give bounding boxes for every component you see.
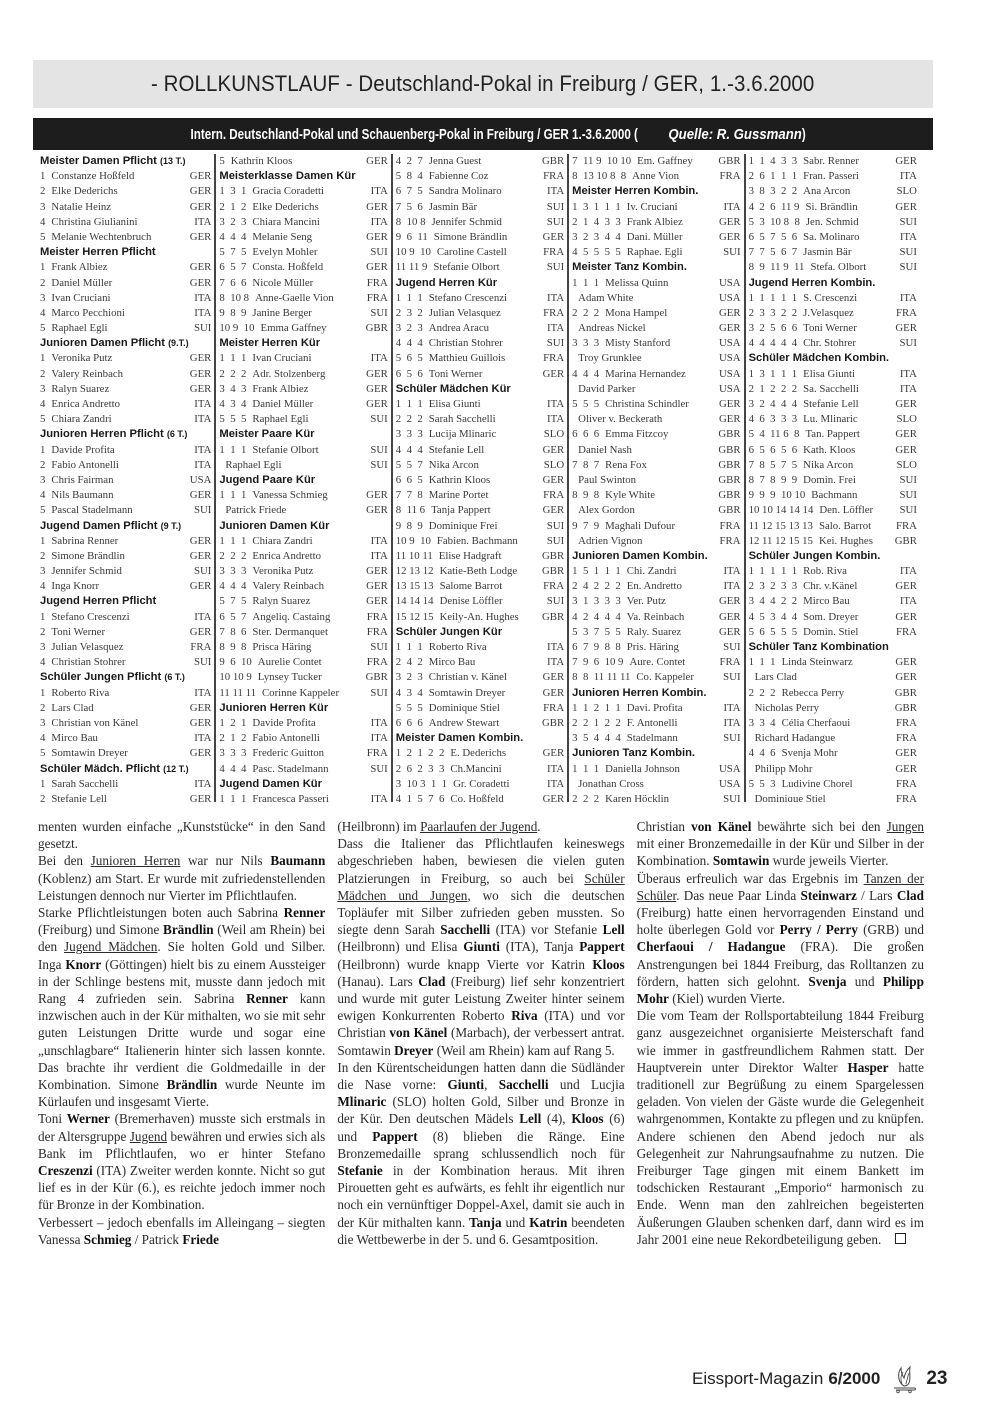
athlete-name: Ludivine Chorel — [776, 777, 891, 792]
result-row: 2 1 2Elke DederichsGER — [219, 200, 387, 215]
country-code: FRA — [538, 579, 564, 594]
country-code: USA — [715, 367, 741, 382]
category-heading: Jugend Herren Kombin. — [749, 276, 917, 291]
result-row: Daniel NashGBR — [572, 443, 740, 458]
athlete-name: Christian Stohrer — [45, 655, 185, 670]
country-code: SUI — [538, 534, 564, 549]
athlete-name: Janine Berger — [246, 306, 361, 321]
country-code: GER — [891, 655, 917, 670]
result-row: 4 2 7Jenna GuestGBR — [396, 154, 564, 169]
athlete-name: Stefanie Lell — [423, 443, 538, 458]
result-row: 7 8 7Rena FoxGBR — [572, 458, 740, 473]
category-title: Schüler Tanz Kombination — [749, 641, 889, 653]
result-row: 5 4 11 6 8Tan. PappertGER — [749, 427, 917, 442]
placement: 1 2 1 2 2 — [396, 746, 445, 761]
country-code: GER — [715, 397, 741, 412]
placement: 8 10 8 — [219, 291, 249, 306]
result-row: 7 8 5 7 5Nika ArconSLO — [749, 458, 917, 473]
country-code: FRA — [538, 351, 564, 366]
placement: 11 11 11 — [219, 686, 256, 701]
athlete-name: Stefanie Olbort — [427, 260, 538, 275]
country-code: GER — [715, 625, 741, 640]
athlete-name: Maghali Dufour — [599, 519, 714, 534]
athlete-name: Raphael Egli — [219, 458, 361, 473]
page-title: - ROLLKUNSTLAUF - Deutschland-Pokal in F… — [151, 71, 814, 97]
country-code: GER — [715, 594, 741, 609]
athlete-name: Mirco Bau — [45, 731, 185, 746]
placement: 4 4 6 — [749, 746, 776, 761]
article-paragraph: Starke Pflichtleistungen boten auch Sabr… — [38, 904, 325, 1110]
result-row: 1 1 1Daniella JohnsonUSA — [572, 762, 740, 777]
placement: 8 9 8 — [219, 640, 246, 655]
country-code: SUI — [538, 594, 564, 609]
athlete-name: Jasmin Bär — [423, 200, 538, 215]
placement: 7 8 7 — [572, 458, 599, 473]
category-reference: Jungen — [887, 819, 924, 834]
athlete-name: Lynsey Tucker — [252, 670, 362, 685]
category-heading: Junioren Damen Kombin. — [572, 549, 740, 564]
end-of-article-icon — [895, 1233, 906, 1244]
athlete-name: Som. Dreyer — [797, 610, 891, 625]
country-code: FRA — [891, 792, 917, 802]
placement: 2 1 2 — [219, 731, 246, 746]
country-code: FRA — [362, 746, 388, 761]
athlete-name: Nils Baumann — [45, 488, 185, 503]
athlete-name: Veronika Putz — [246, 564, 361, 579]
country-code: GER — [891, 746, 917, 761]
country-code: FRA — [891, 777, 917, 792]
result-row: 5Raphael EgliSUI — [40, 321, 211, 336]
result-row: 5 6 5 5 5Domin. StielFRA — [749, 625, 917, 640]
athlete-name: Valery Reinbach — [246, 579, 361, 594]
text-run: wurde jeweils Vierter. — [769, 853, 888, 868]
athlete-name: Jennifer Schmid — [425, 215, 538, 230]
athlete-name: Chiara Zandri — [45, 412, 185, 427]
athlete-name: Inga Knorr — [45, 579, 185, 594]
country-code: GER — [185, 200, 211, 215]
result-row: 4 4 4Melanie SengGER — [219, 230, 387, 245]
category-reference: Jugend Mädchen — [64, 939, 157, 954]
placement: 4 4 4 — [572, 367, 599, 382]
country-code: ITA — [185, 777, 211, 792]
athlete-name: Fabio Antonelli — [45, 458, 185, 473]
country-code: GER — [185, 184, 211, 199]
athlete-name: Mona Hampel — [599, 306, 714, 321]
athlete-name: Philipp Mohr — [749, 762, 891, 777]
text-run: (Koblenz) am Start. Er wurde mit zufried… — [38, 871, 325, 903]
placement: 6 6 6 — [396, 716, 423, 731]
category-title: Jugend Damen Kür — [219, 778, 322, 790]
placement: 5 8 4 — [396, 169, 423, 184]
athlete-name: Davide Profita — [246, 716, 361, 731]
category-title: Meister Tanz Kombin. — [572, 261, 687, 273]
country-code: GER — [891, 610, 917, 625]
country-code: SUI — [891, 488, 917, 503]
result-row: 4 2 4 4 4Va. ReinbachGER — [572, 610, 740, 625]
result-row: 3 5 4 4 4StadelmannSUI — [572, 731, 740, 746]
result-row: 14 14 14Denise LöfflerSUI — [396, 594, 564, 609]
country-code: GER — [538, 746, 564, 761]
country-code: USA — [715, 382, 741, 397]
result-row: 3Christian von KänelGER — [40, 716, 211, 731]
athlete-name: Chiara Zandri — [246, 534, 361, 549]
result-row: 5 5 5Raphael EgliSUI — [219, 412, 387, 427]
country-code: GER — [538, 230, 564, 245]
country-code: ITA — [538, 640, 564, 655]
placement: 6 6 6 — [572, 427, 599, 442]
athlete-name: Daniella Johnson — [599, 762, 714, 777]
result-row: 4Enrica AndrettoITA — [40, 397, 211, 412]
athlete-name: Vanessa Schmieg — [246, 488, 361, 503]
name-highlight: Giunti — [447, 1077, 484, 1092]
athlete-name: Dominique Stiel — [423, 701, 538, 716]
category-heading: Junioren Herren Kombin. — [572, 686, 740, 701]
athlete-name: Rob. Riva — [797, 564, 891, 579]
placement: 5 5 7 — [396, 458, 423, 473]
result-row: Philipp MohrGER — [749, 762, 917, 777]
athlete-name: Nicholas Perry — [749, 701, 891, 716]
text-run: menten wurden einfache „Kunststücke“ in … — [38, 819, 325, 851]
result-row: 10 9 10Emma GaffneyGBR — [219, 321, 387, 336]
category-heading: Meister Damen Kombin. — [396, 731, 564, 746]
country-code: SUI — [185, 655, 211, 670]
country-code: SLO — [538, 458, 564, 473]
name-highlight: Sacchelli — [499, 1077, 549, 1092]
result-row: 5 5 5Dominique StielFRA — [396, 701, 564, 716]
placement: 1 3 1 — [219, 184, 246, 199]
placement: 6 5 7 — [219, 610, 246, 625]
athlete-name: Jenna Guest — [423, 154, 538, 169]
athlete-name: Iv. Cruciani — [621, 200, 715, 215]
category-heading: Meister Paare Kür — [219, 427, 387, 442]
placement: 3 2 3 4 4 — [572, 230, 621, 245]
athlete-name: Ivan Cruciani — [45, 291, 185, 306]
athlete-name: Keily-An. Hughes — [434, 610, 539, 625]
placement: 11 12 15 13 13 — [749, 519, 813, 534]
athlete-name: Adr. Stolzenberg — [246, 367, 361, 382]
result-row: 8 9 8Prisca HäringSUI — [219, 640, 387, 655]
placement: 1 1 1 — [572, 762, 599, 777]
athlete-name: Aurelie Contet — [252, 655, 362, 670]
athlete-name: Christina Schindler — [599, 397, 714, 412]
country-code: ITA — [538, 397, 564, 412]
category-heading: Jugend Herren Pflicht — [40, 594, 211, 609]
athlete-name: Denise Löffler — [434, 594, 539, 609]
placement: 2 1 2 — [219, 200, 246, 215]
result-row: 4 5 3 4 4Som. DreyerGER — [749, 610, 917, 625]
country-code: GER — [538, 670, 564, 685]
result-row: 7 6 6Nicole MüllerFRA — [219, 276, 387, 291]
result-row: 1 1 1Vanessa SchmiegGER — [219, 488, 387, 503]
country-code: GER — [891, 200, 917, 215]
country-code: GBR — [715, 458, 741, 473]
result-row: 1 2 1Davide ProfitaITA — [219, 716, 387, 731]
result-row: 6 6 6Andrew StewartGBR — [396, 716, 564, 731]
text-run: (Heilbronn) im — [337, 819, 420, 834]
result-row: 3 3 3Veronika PutzGER — [219, 564, 387, 579]
magazine-name: Eissport-Magazin — [692, 1369, 823, 1389]
athlete-name: Andrea Aracu — [423, 321, 538, 336]
result-row: 9 6 10Aurelie ContetFRA — [219, 655, 387, 670]
athlete-name: Enrica Andretto — [246, 549, 361, 564]
country-code: ITA — [538, 777, 564, 792]
athlete-name: Natalie Heinz — [45, 200, 185, 215]
country-code: ITA — [891, 230, 917, 245]
participant-count: (9.T.) — [168, 338, 189, 348]
category-heading: Schüler Tanz Kombination — [749, 640, 917, 655]
country-code: FRA — [538, 169, 564, 184]
placement: 2 3 2 — [396, 306, 423, 321]
country-code: GER — [891, 427, 917, 442]
category-heading: Schüler Jungen Kür — [396, 625, 564, 640]
results-column: Meister Damen Pflicht (13 T.)1Constanze … — [38, 154, 214, 802]
participant-count: (6 T.) — [167, 429, 188, 439]
athlete-name: Frank Albiez — [621, 215, 715, 230]
country-code: SUI — [891, 336, 917, 351]
country-code: SUI — [715, 670, 741, 685]
result-row: 1 1 1 1 1Rob. RivaITA — [749, 564, 917, 579]
athlete-name: Elise Hadgraft — [433, 549, 538, 564]
country-code: SUI — [185, 321, 211, 336]
athlete-name: Veronika Putz — [45, 351, 185, 366]
result-row: 1 3 1Gracia CoradettiITA — [219, 184, 387, 199]
result-row: 2 1 2 2 2Sa. SacchelliITA — [749, 382, 917, 397]
result-row: 1 3 1 1 1Elisa GiuntiITA — [749, 367, 917, 382]
athlete-name: Em. Gaffney — [631, 154, 714, 169]
result-row: 5 7 5Ralyn SuarezGER — [219, 594, 387, 609]
text-run: hatte traditionell zur Begrüßung zu eine… — [637, 1060, 924, 1247]
athlete-name: Ch.Mancini — [444, 762, 538, 777]
result-row: 2Lars CladGER — [40, 701, 211, 716]
result-row: 6 5 7Angeliq. CastaingFRA — [219, 610, 387, 625]
country-code: GER — [891, 762, 917, 777]
country-code: ITA — [715, 579, 741, 594]
placement: 1 1 1 1 1 — [749, 564, 798, 579]
athlete-name: Fran. Passeri — [797, 169, 891, 184]
placement: 1 2 1 — [219, 716, 246, 731]
article-column: (Heilbronn) im Paarlaufen der Jugend.Das… — [337, 818, 624, 1363]
country-code: SUI — [185, 564, 211, 579]
placement: 7 7 5 6 7 — [749, 245, 798, 260]
country-code: ITA — [185, 610, 211, 625]
result-row: 1 5 1 1 1Chi. ZandriITA — [572, 564, 740, 579]
country-code: FRA — [891, 716, 917, 731]
country-code: GER — [362, 564, 388, 579]
country-code: SUI — [538, 519, 564, 534]
article-body: menten wurden einfache „Kunststücke“ in … — [38, 818, 924, 1363]
country-code: GER — [185, 276, 211, 291]
country-code: GBR — [538, 716, 564, 731]
country-code: ITA — [185, 306, 211, 321]
result-row: Adrien VignonFRA — [572, 534, 740, 549]
placement: 5 6 5 5 5 — [749, 625, 798, 640]
result-row: 1Frank AlbiezGER — [40, 260, 211, 275]
result-row: Alex GordonGBR — [572, 503, 740, 518]
text-run: Bei den — [38, 853, 91, 868]
results-table: Meister Damen Pflicht (13 T.)1Constanze … — [38, 154, 920, 802]
result-row: 9 8 9Dominique FreiSUI — [396, 519, 564, 534]
placement: 2 2 2 — [219, 549, 246, 564]
country-code: ITA — [362, 549, 388, 564]
article-paragraph: Bei den Junioren Herren war nur Nils Bau… — [38, 852, 325, 904]
result-row: 2 2 2Adr. StolzenbergGER — [219, 367, 387, 382]
athlete-name: Melissa Quinn — [599, 276, 714, 291]
country-code: GER — [891, 154, 917, 169]
athlete-name: Prisca Häring — [246, 640, 361, 655]
country-code: ITA — [362, 534, 388, 549]
category-title: Meister Damen Kombin. — [396, 732, 523, 744]
country-code: GER — [185, 746, 211, 761]
category-title: Meister Herren Pflicht — [40, 246, 156, 258]
athlete-name: Mirco Bau — [423, 655, 538, 670]
athlete-name: Va. Reinbach — [621, 610, 715, 625]
athlete-name: Katie-Beth Lodge — [434, 564, 539, 579]
country-code: ITA — [538, 321, 564, 336]
athlete-name: Constanze Hoßfeld — [45, 169, 185, 184]
country-code: SUI — [891, 245, 917, 260]
country-code: SUI — [715, 792, 741, 802]
athlete-name: Raphael Egli — [246, 412, 361, 427]
text-run: / Patrick — [131, 1232, 182, 1247]
country-code: GER — [538, 792, 564, 802]
article-paragraph: (Heilbronn) im Paarlaufen der Jugend. — [337, 818, 624, 835]
result-row: 1Davide ProfitaITA — [40, 443, 211, 458]
placement: 5 5 3 — [749, 777, 776, 792]
name-highlight: Renner — [246, 991, 288, 1006]
category-heading: Meister Tanz Kombin. — [572, 260, 740, 275]
placement: 2 1 2 2 2 — [749, 382, 798, 397]
name-highlight: Steinwarz — [801, 888, 857, 903]
result-row: 1Sarah SacchelliITA — [40, 777, 211, 792]
athlete-name: Sabrina Renner — [45, 534, 185, 549]
placement: 7 7 8 — [396, 488, 423, 503]
athlete-name: Raphael Egli — [45, 321, 185, 336]
result-row: 2 3 2Julian VelasquezFRA — [396, 306, 564, 321]
athlete-name: Gracia Coradetti — [246, 184, 361, 199]
placement: 7 8 5 7 5 — [749, 458, 798, 473]
section-header-end: ) — [802, 126, 806, 143]
country-code: FRA — [362, 625, 388, 640]
country-code: GER — [185, 367, 211, 382]
result-row: 9 7 9Maghali DufourFRA — [572, 519, 740, 534]
country-code: GBR — [715, 443, 741, 458]
athlete-name: Angeliq. Castaing — [246, 610, 361, 625]
result-row: 2 2 2Karen HöcklinSUI — [572, 792, 740, 802]
athlete-name: Ster. Dermanquet — [246, 625, 361, 640]
result-row: David ParkerUSA — [572, 382, 740, 397]
athlete-name: Chi. Zandri — [621, 564, 715, 579]
result-row: 2 4 2Mirco BauITA — [396, 655, 564, 670]
text-run: (Weil am Rhein) kam auf Rang 5. — [433, 1043, 614, 1058]
placement: 3 4 4 2 2 — [749, 594, 798, 609]
page-number: 23 — [926, 1368, 947, 1390]
athlete-name: Tan. Pappert — [799, 427, 891, 442]
result-row: 4 4 4Pasc. StadelmannSUI — [219, 762, 387, 777]
name-highlight: Pappert — [372, 1129, 417, 1144]
article-column: menten wurden einfache „Kunststücke“ in … — [38, 818, 325, 1363]
result-row: Troy GrunkleeUSA — [572, 351, 740, 366]
country-code: GBR — [891, 534, 917, 549]
text-run: . Das neue Paar Linda — [676, 888, 800, 903]
result-row: 2Fabio AntonelliITA — [40, 458, 211, 473]
name-highlight: von Känel — [691, 819, 751, 834]
result-row: 10 9 10Fabien. BachmannSUI — [396, 534, 564, 549]
article-paragraph: menten wurden einfache „Kunststücke“ in … — [38, 818, 325, 852]
category-reference: Paarlaufen der Jugend — [420, 819, 537, 834]
result-row: 4Mirco BauITA — [40, 731, 211, 746]
name-highlight: Renner — [284, 905, 326, 920]
result-row: 3 3 3Frederic GuittonFRA — [219, 746, 387, 761]
athlete-name: Matthieu Guillois — [423, 351, 538, 366]
country-code: ITA — [185, 443, 211, 458]
result-row: Adam WhiteUSA — [572, 291, 740, 306]
category-heading: Schüler Mädchen Kür — [396, 382, 564, 397]
placement: 4 3 4 — [396, 686, 423, 701]
country-code: GER — [362, 230, 388, 245]
athlete-name: Chiara Mancini — [246, 215, 361, 230]
athlete-name: Davide Profita — [45, 443, 185, 458]
athlete-name: Melanie Wechtenbruch — [45, 230, 185, 245]
result-row: 3Natalie HeinzGER — [40, 200, 211, 215]
athlete-name: Misty Stanford — [599, 336, 714, 351]
category-title: Jugend Herren Kür — [396, 277, 497, 289]
country-code: SUI — [362, 245, 388, 260]
placement: 1 1 1 — [396, 397, 423, 412]
country-code: ITA — [891, 594, 917, 609]
country-code: ITA — [891, 564, 917, 579]
placement: 4 4 4 — [219, 230, 246, 245]
athlete-name: Domin. Stiel — [797, 625, 891, 640]
name-highlight: Friede — [182, 1232, 219, 1247]
athlete-name: Marine Portet — [423, 488, 538, 503]
placement: 9 8 9 — [396, 519, 423, 534]
placement: 2 2 2 — [572, 792, 599, 802]
placement: 5 3 7 5 5 — [572, 625, 621, 640]
result-row: Oliver v. BeckerathGER — [572, 412, 740, 427]
name-highlight: Hasper — [847, 1060, 888, 1075]
result-row: 2 3 3 2 2J.VelasquezFRA — [749, 306, 917, 321]
athlete-name: Julian Velasquez — [45, 640, 185, 655]
result-row: 2Stefanie LellGER — [40, 792, 211, 802]
placement: 5 7 5 — [219, 594, 246, 609]
country-code: GBR — [362, 670, 388, 685]
category-heading: Junioren Damen Kür — [219, 519, 387, 534]
placement: 6 5 7 5 6 — [749, 230, 798, 245]
athlete-name: Jennifer Schmid — [45, 564, 185, 579]
result-row: 2 2 2Enrica AndrettoITA — [219, 549, 387, 564]
country-code: ITA — [715, 564, 741, 579]
result-row: 2Toni WernerGER — [40, 625, 211, 640]
country-code: GBR — [715, 503, 741, 518]
country-code: GER — [891, 670, 917, 685]
category-heading: Meisterklasse Damen Kür — [219, 169, 387, 184]
result-row: 11 10 11Elise HadgraftGBR — [396, 549, 564, 564]
placement: 3 1 3 3 3 — [572, 594, 621, 609]
result-row: 2 2 2Sarah SacchelliITA — [396, 412, 564, 427]
country-code: GER — [362, 382, 388, 397]
category-heading: Meister Damen Pflicht (13 T.) — [40, 154, 211, 169]
athlete-name: Daniel Nash — [572, 443, 714, 458]
country-code: GER — [362, 367, 388, 382]
article-paragraph: In den Kürentscheidungen hatten dann die… — [337, 1059, 624, 1248]
result-row: 4 3 4Daniel MüllerGER — [219, 397, 387, 412]
placement: 3 4 3 — [219, 382, 246, 397]
country-code: GER — [891, 397, 917, 412]
placement: 7 5 6 — [396, 200, 423, 215]
name-highlight: Somtawin — [713, 853, 769, 868]
athlete-name: Adrien Vignon — [572, 534, 714, 549]
country-code: GER — [185, 351, 211, 366]
